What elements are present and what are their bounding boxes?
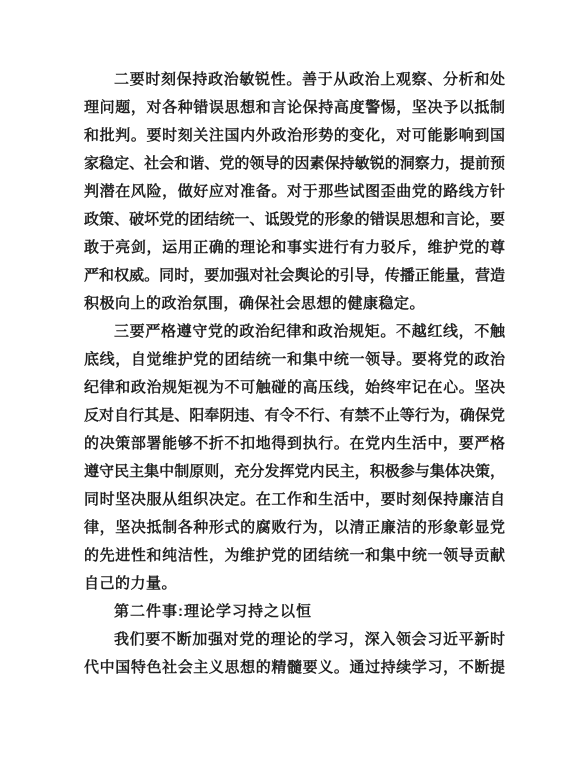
document-page: 二要时刻保持政治敏锐性。善于从政治上观察、分析和处 理问题，对各种错误思想和言论… <box>0 0 586 759</box>
text-line: 底线，自觉维护党的团结统一和集中统一领导。要将党的政治 <box>84 346 505 374</box>
text-line: 二要时刻保持政治敏锐性。善于从政治上观察、分析和处 <box>84 66 505 94</box>
text-line: 政策、破坏党的团结统一、诋毁党的形象的错误思想和言论，要 <box>84 206 505 234</box>
text-line: 律，坚决抵制各种形式的腐败行为，以清正廉洁的形象彰显党 <box>84 514 505 542</box>
text-line: 家稳定、社会和谐、党的领导的因素保持敏锐的洞察力，提前预 <box>84 150 505 178</box>
text-line: 的决策部署能够不折不扣地得到执行。在党内生活中，要严格 <box>84 430 505 458</box>
text-line: 积极向上的政治氛围，确保社会思想的健康稳定。 <box>84 290 505 318</box>
text-line: 反对自行其是、阳奉阴违、有令不行、有禁不止等行为，确保党 <box>84 402 505 430</box>
text-line: 敢于亮剑，运用正确的理论和事实进行有力驳斥，维护党的尊 <box>84 234 505 262</box>
paragraph-theory-study: 我们要不断加强对党的理论的学习，深入领会习近平新时 代中国特色社会主义思想的精髓… <box>84 626 505 682</box>
text-line: 我们要不断加强对党的理论的学习，深入领会习近平新时 <box>84 626 505 654</box>
text-line: 和批判。要时刻关注国内外政治形势的变化，对可能影响到国 <box>84 122 505 150</box>
document-body: 二要时刻保持政治敏锐性。善于从政治上观察、分析和处 理问题，对各种错误思想和言论… <box>84 66 505 682</box>
text-line: 纪律和政治规矩视为不可触碰的高压线，始终牢记在心。坚决 <box>84 374 505 402</box>
paragraph-political-alertness: 二要时刻保持政治敏锐性。善于从政治上观察、分析和处 理问题，对各种错误思想和言论… <box>84 66 505 318</box>
text-line: 理问题，对各种错误思想和言论保持高度警惕，坚决予以抵制 <box>84 94 505 122</box>
text-line: 代中国特色社会主义思想的精髓要义。通过持续学习，不断提 <box>84 654 505 682</box>
text-line: 判潜在风险，做好应对准备。对于那些试图歪曲党的路线方针 <box>84 178 505 206</box>
text-line: 自己的力量。 <box>84 570 505 598</box>
paragraph-political-discipline: 三要严格遵守党的政治纪律和政治规矩。不越红线，不触 底线，自觉维护党的团结统一和… <box>84 318 505 598</box>
text-line: 三要严格遵守党的政治纪律和政治规矩。不越红线，不触 <box>84 318 505 346</box>
text-line: 同时坚决服从组织决定。在工作和生活中，要时刻保持廉洁自 <box>84 486 505 514</box>
text-line: 的先进性和纯洁性，为维护党的团结统一和集中统一领导贡献 <box>84 542 505 570</box>
text-line: 严和权威。同时，要加强对社会舆论的引导，传播正能量，营造 <box>84 262 505 290</box>
section-heading-second-matter: 第二件事:理论学习持之以恒 <box>84 598 505 626</box>
text-line: 遵守民主集中制原则，充分发挥党内民主，积极参与集体决策， <box>84 458 505 486</box>
